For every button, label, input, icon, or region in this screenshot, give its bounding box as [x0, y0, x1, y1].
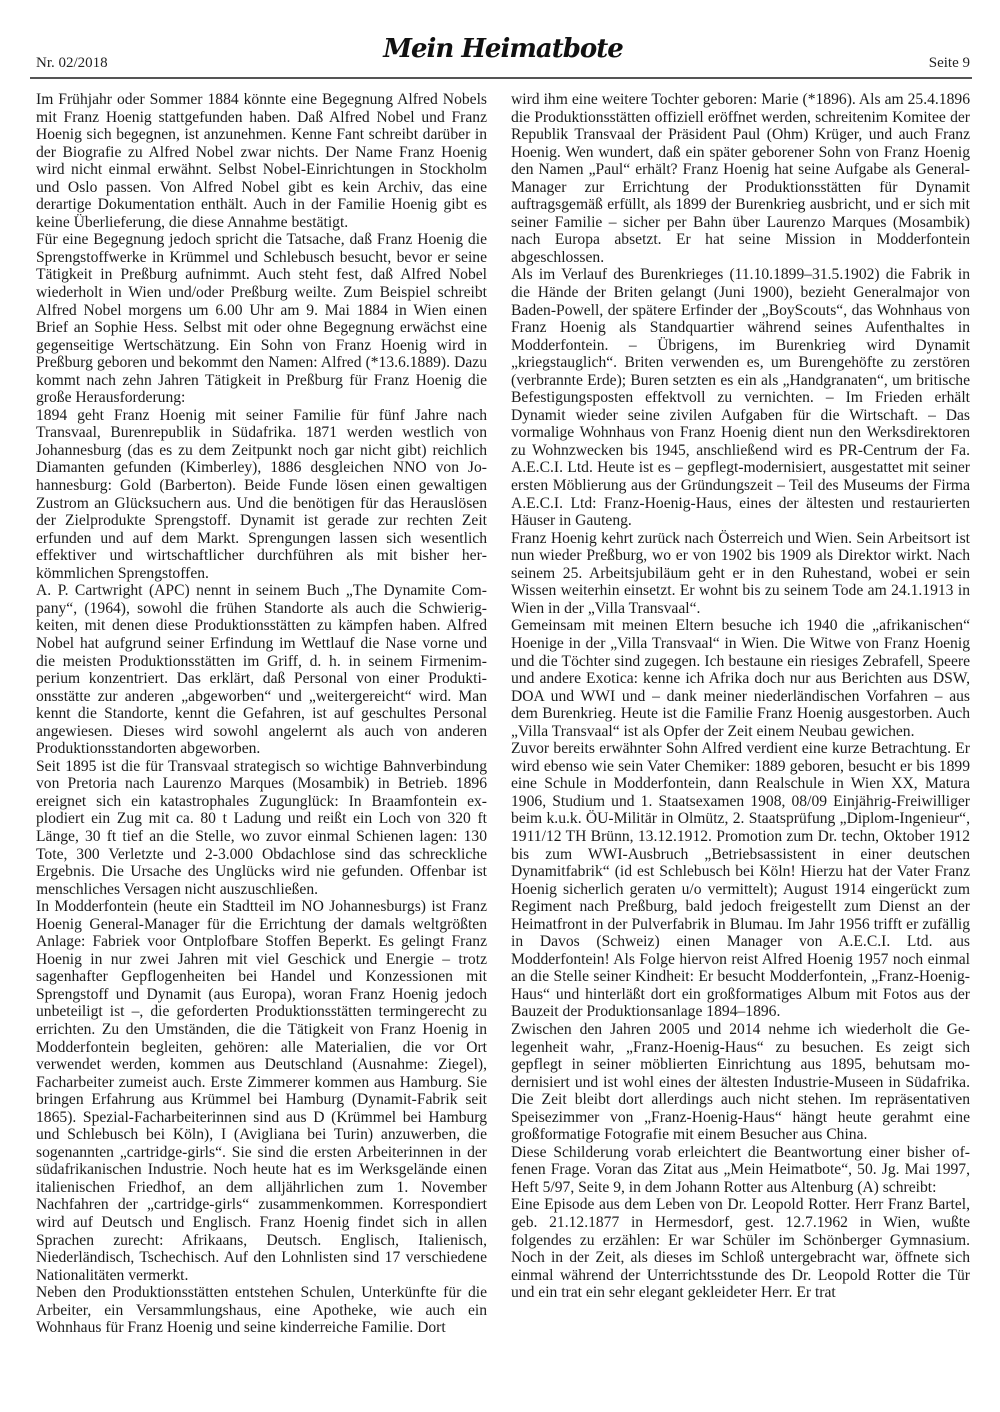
header-rule	[30, 77, 972, 79]
paragraph: Eine Episode aus dem Leben von Dr. Leopo…	[511, 1196, 970, 1301]
page-number: Seite 9	[929, 55, 970, 72]
page-header: Nr. 02/2018 Mein Heimatbote Seite 9	[36, 38, 970, 76]
paragraph: Seit 1895 ist die für Transvaal strategi…	[36, 758, 487, 898]
paragraph: Franz Hoenig kehrt zurück nach Österreic…	[511, 530, 970, 618]
paragraph: Zuvor bereits erwähnter Sohn Alfred verd…	[511, 740, 970, 1021]
paragraph: 1894 geht Franz Hoenig mit seiner Famili…	[36, 407, 487, 582]
paragraph: Diese Schilderung vorab erleichtert die …	[511, 1144, 970, 1197]
masthead-logo: Mein Heimatbote	[383, 34, 623, 64]
paragraph: wird ihm eine weitere Tochter geboren: M…	[511, 91, 970, 266]
paragraph: Gemeinsam mit meinen Eltern besuche ich …	[511, 617, 970, 740]
issue-number: Nr. 02/2018	[36, 55, 108, 72]
paragraph: Als im Verlauf des Burenkrieges (11.10.1…	[511, 266, 970, 529]
paragraph: Für eine Begegnung jedoch spricht die Ta…	[36, 231, 487, 406]
paragraph: Neben den Produktionsstätten entstehen S…	[36, 1284, 487, 1337]
paragraph: A. P. Cartwright (APC) nennt in seinem B…	[36, 582, 487, 757]
right-column: wird ihm eine weitere Tochter geboren: M…	[511, 91, 970, 1302]
left-column: Im Frühjahr oder Sommer 1884 könnte eine…	[36, 91, 487, 1337]
paragraph: In Modderfontein (heute ein Stadtteil im…	[36, 898, 487, 1284]
paragraph: Zwischen den Jahren 2005 und 2014 nehme …	[511, 1021, 970, 1144]
paragraph: Im Frühjahr oder Sommer 1884 könnte eine…	[36, 91, 487, 231]
